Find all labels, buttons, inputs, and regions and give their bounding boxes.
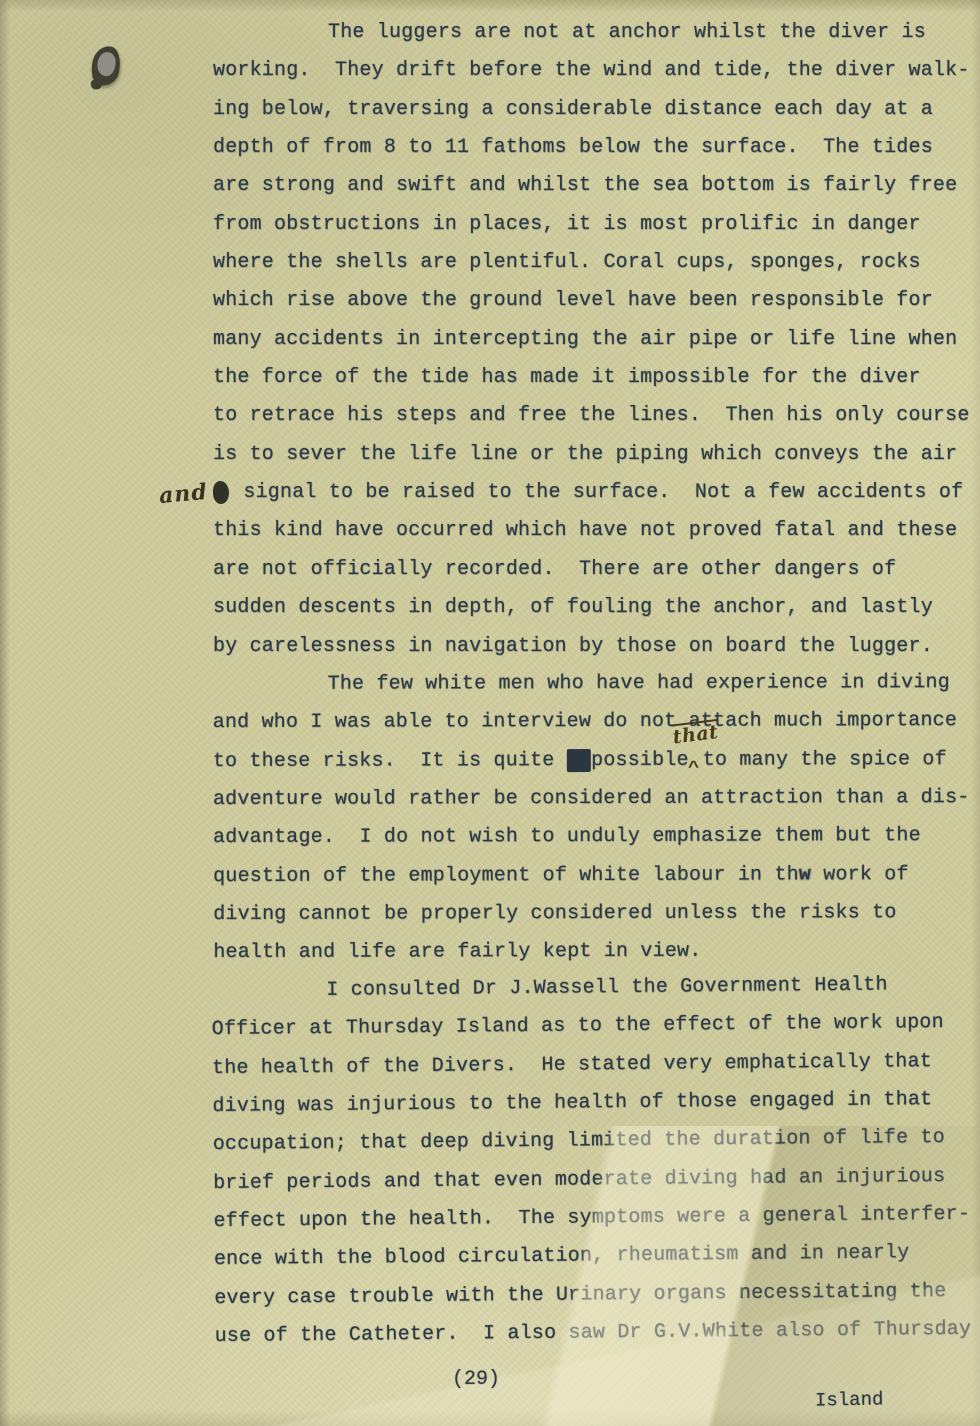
- typed-text-segment: the health of the Divers. He stated very…: [212, 1049, 932, 1079]
- typed-line: the health of the Divers. He stated very…: [212, 1042, 974, 1088]
- typed-line: to retrace his steps and free the lines.…: [213, 397, 975, 435]
- typed-text-segment: from obstructions in places, it is most …: [213, 213, 921, 236]
- typed-line: The luggers are not at anchor whilst the…: [213, 14, 975, 52]
- typed-text-segment: many accidents in intercepting the air p…: [213, 328, 957, 351]
- typed-text-segment: to these risks. It is quite: [213, 749, 567, 773]
- paragraph: The luggers are not at anchor whilst the…: [213, 14, 975, 666]
- struck-out-character: s: [213, 481, 229, 504]
- typed-line: and who I was able to interview do not a…: [213, 702, 975, 742]
- typed-text-segment: are strong and swift and whilst the sea …: [213, 174, 957, 197]
- typed-line: which rise above the ground level have b…: [213, 282, 975, 320]
- typed-line: Officer at Thursday Island as to the eff…: [212, 1004, 974, 1050]
- typed-text-segment: signal to be raised to the surface. Not …: [231, 481, 963, 504]
- typed-text-segment: the force of the tide has made it imposs…: [213, 366, 921, 389]
- typed-line: brief periods and that even moderate div…: [213, 1157, 975, 1203]
- typed-text-segment: brief periods and that even moderate div…: [213, 1164, 945, 1194]
- typed-line: I consulted Dr J.Wassell the Government …: [211, 965, 973, 1011]
- typed-line: ing below, traversing a considerable dis…: [213, 91, 975, 129]
- typed-text-segment: by carelessness in navigation by those o…: [213, 635, 933, 658]
- typed-text: The luggers are not at anchor whilst the…: [213, 14, 975, 1356]
- typed-text-segment: this kind have occurred which have not p…: [213, 519, 957, 542]
- typed-line: is to sever the life line or the piping …: [213, 436, 975, 474]
- typed-line: this kind have occurred which have not p…: [213, 512, 975, 550]
- typed-line: working. They drift before the wind and …: [213, 52, 975, 90]
- typed-line: are strong and swift and whilst the sea …: [213, 167, 975, 205]
- typed-line: diving cannot be properly considered unl…: [213, 894, 975, 934]
- paragraph: I consulted Dr J.Wassell the Government …: [211, 965, 977, 1356]
- typed-text-segment: occupation; that deep diving limited the…: [213, 1126, 945, 1156]
- typed-line: from obstructions in places, it is most …: [213, 206, 975, 244]
- typed-text-segment: to many the spice of: [703, 748, 947, 772]
- typed-line: where the shells are plentiful. Coral cu…: [213, 244, 975, 282]
- page-number: (29): [452, 1368, 500, 1391]
- paper-hole-inner: [95, 50, 118, 77]
- typed-text-segment: ing below, traversing a considerable dis…: [213, 98, 933, 121]
- typed-text-segment: are not officially recorded. There are o…: [213, 558, 896, 581]
- handwritten-inserted-word: that: [670, 713, 720, 757]
- typed-line: ence with the blood circulation, rheumat…: [214, 1234, 976, 1280]
- catchword: Island: [815, 1388, 884, 1411]
- typed-text-segment: working. They drift before the wind and …: [213, 59, 970, 82]
- typed-text-segment: adventure would rather be considered an …: [213, 786, 970, 811]
- typed-text-segment: where the shells are plentiful. Coral cu…: [213, 251, 921, 274]
- paper-hole: [88, 44, 124, 89]
- typed-text-segment: every case trouble with the Urinary orga…: [214, 1279, 946, 1309]
- typed-text-segment: and who I was able to interview do not a…: [213, 709, 957, 734]
- typed-line: diving was injurious to the health of th…: [212, 1080, 974, 1126]
- overstruck-character: w: [799, 863, 811, 886]
- typed-text-segment: sudden descents in depth, of fouling the…: [213, 596, 933, 619]
- typed-line: by carelessness in navigation by those o…: [213, 628, 975, 666]
- typed-line: occupation; that deep diving limited the…: [213, 1119, 975, 1165]
- typed-line: The few white men who have had experienc…: [213, 664, 975, 704]
- typed-text-segment: health and life are fairly kept in view.: [213, 940, 701, 964]
- typed-line: adventure would rather be considered an …: [213, 779, 975, 819]
- typed-text-segment: use of the Catheter. I also saw Dr G.V.W…: [215, 1317, 972, 1347]
- typed-text-segment: which rise above the ground level have b…: [213, 289, 933, 312]
- typed-text-segment: ence with the blood circulation, rheumat…: [214, 1241, 910, 1271]
- typed-line: advantage. I do not wish to unduly empha…: [213, 817, 975, 857]
- typed-text-segment: to retrace his steps and free the lines.…: [213, 404, 970, 427]
- typed-text-segment: The few white men who have had experienc…: [328, 671, 950, 696]
- caret-insertion: ^that: [689, 741, 703, 779]
- typed-text-segment: Officer at Thursday Island as to the eff…: [212, 1011, 944, 1041]
- typed-line: the force of the tide has made it imposs…: [213, 359, 975, 397]
- typed-text-segment: advantage. I do not wish to unduly empha…: [213, 824, 921, 849]
- typed-line: to these risks. It is quite impossible^t…: [213, 741, 975, 781]
- typed-line: sudden descents in depth, of fouling the…: [213, 589, 975, 627]
- typed-text-segment: diving was injurious to the health of th…: [212, 1088, 932, 1118]
- typed-line: are not officially recorded. There are o…: [213, 551, 975, 589]
- typed-text-segment: is to sever the life line or the piping …: [213, 443, 957, 466]
- typed-text-segment: I consulted Dr J.Wassell the Government …: [326, 973, 887, 1001]
- typed-text-segment: The luggers are not at anchor whilst the…: [328, 21, 926, 44]
- typed-line: question of the employment of white labo…: [213, 856, 975, 896]
- typed-text-segment: diving cannot be properly considered unl…: [213, 901, 896, 926]
- handwritten-margin-word: and: [157, 473, 209, 515]
- typed-line: use of the Catheter. I also saw Dr G.V.W…: [214, 1310, 976, 1356]
- blacked-out-text: im: [567, 749, 591, 772]
- typed-text-segment: effect upon the health. The symptoms wer…: [213, 1202, 970, 1232]
- paragraph: The few white men who have had experienc…: [213, 664, 976, 973]
- typed-line: effect upon the health. The symptoms wer…: [213, 1195, 975, 1241]
- typed-line: ands signal to be raised to the surface.…: [213, 474, 975, 512]
- typed-text-segment: question of the employment of white labo…: [213, 863, 799, 888]
- typed-line: every case trouble with the Urinary orga…: [214, 1272, 976, 1318]
- typed-text-segment: work of: [811, 863, 909, 886]
- typed-line: depth of from 8 to 11 fathoms below the …: [213, 129, 975, 167]
- typed-line: many accidents in intercepting the air p…: [213, 321, 975, 359]
- typed-text-segment: depth of from 8 to 11 fathoms below the …: [213, 136, 933, 159]
